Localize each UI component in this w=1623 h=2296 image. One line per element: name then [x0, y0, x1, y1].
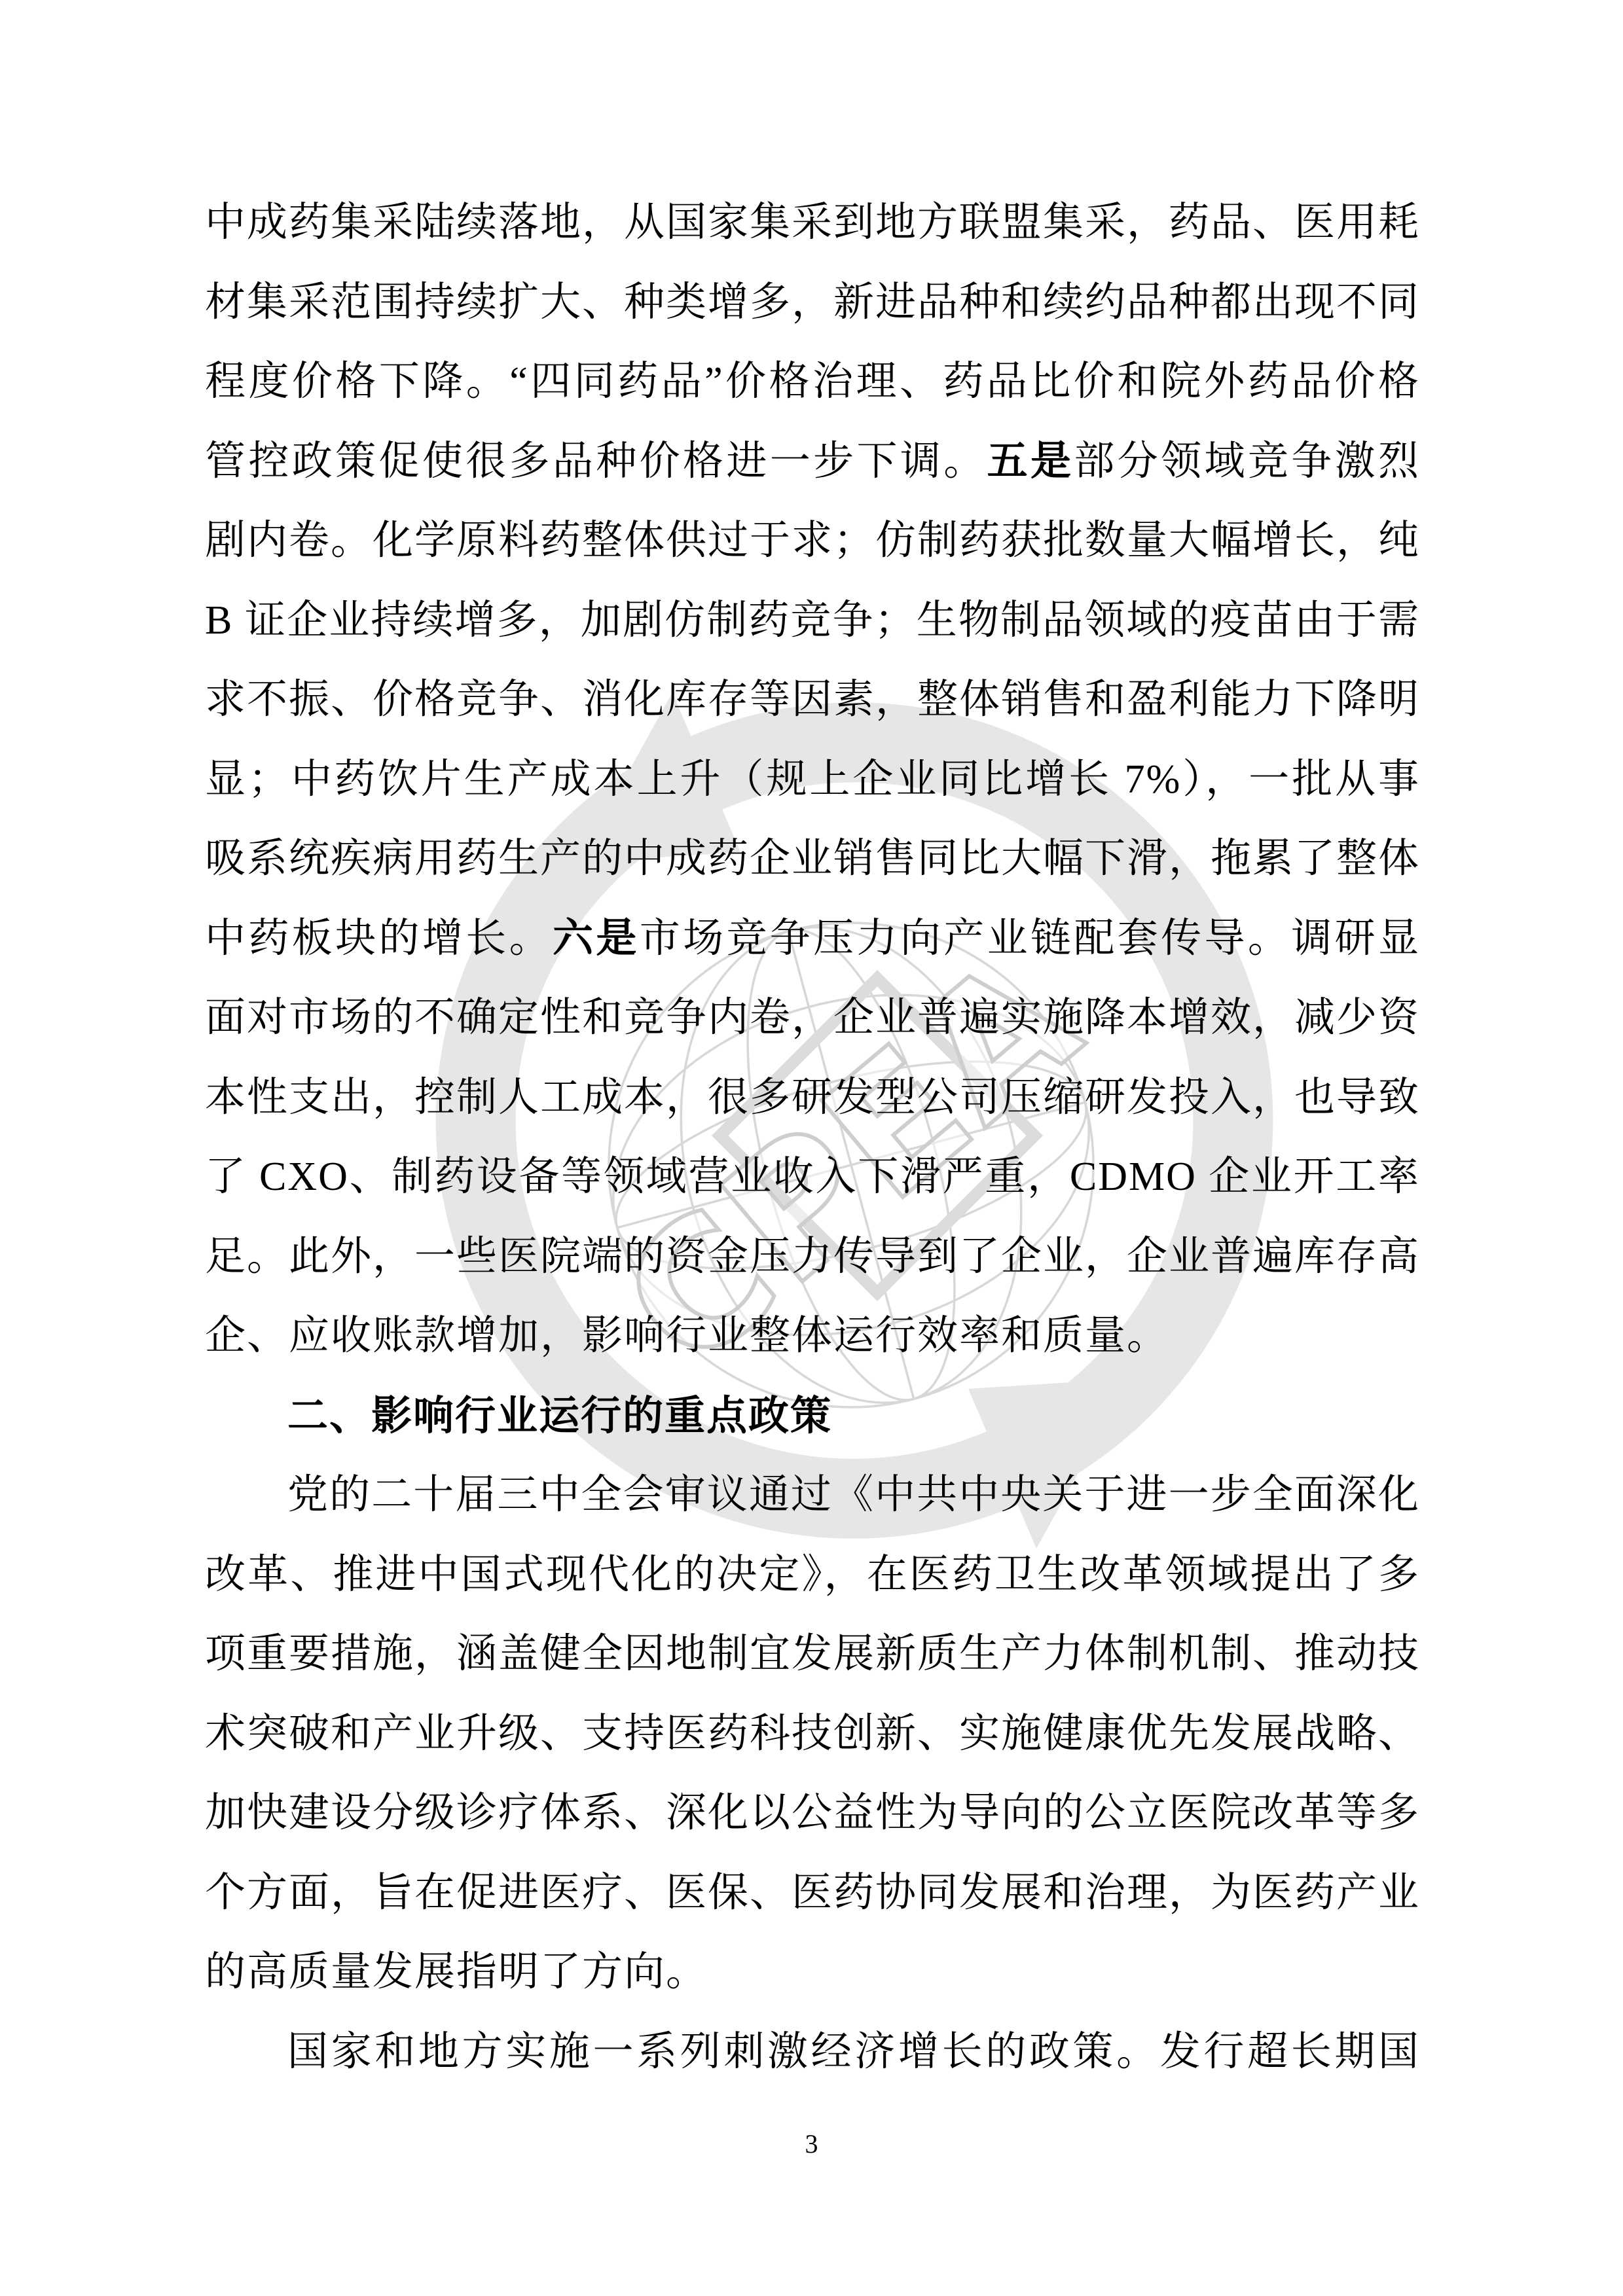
text-segment: 面对市场的不确定性和竞争内卷，企业普遍实施降本增效，减少资 [205, 996, 1420, 1040]
text-segment: 术突破和产业升级、支持医药科技创新、实施健康优先发展战略、 [205, 1712, 1420, 1756]
section-heading: 二、影响行业运行的重点政策 [205, 1376, 1420, 1456]
text-segment: 的高质量发展指明了方向。 [205, 1950, 708, 1994]
text-segment: 足。此外，一些医院端的资金压力传导到了企业，企业普遍库存高 [205, 1234, 1420, 1279]
text-line: 显；中药饮片生产成本上升（规上企业同比增长 7%），一批从事呼 [205, 740, 1420, 820]
text-line: 了 CXO、制药设备等领域营业收入下滑严重，CDMO 企业开工率不 [205, 1138, 1420, 1217]
text-segment: 二、影响行业运行的重点政策 [287, 1393, 832, 1439]
text-line: 中药板块的增长。六是市场竞争压力向产业链配套传导。调研显示， [205, 899, 1420, 979]
text-segment: 加快建设分级诊疗体系、深化以公益性为导向的公立医院改革等多 [205, 1791, 1420, 1835]
text-segment: B 证企业持续增多，加剧仿制药竞争；生物制品领域的疫苗由于需 [205, 598, 1420, 643]
document-page: { "page": { "number": "3" }, "watermark"… [0, 0, 1623, 2296]
text-line: 本性支出，控制人工成本，很多研发型公司压缩研发投入，也导致 [205, 1058, 1420, 1138]
text-segment: 显；中药饮片生产成本上升（规上企业同比增长 7%），一批从事呼 [205, 757, 1420, 820]
text-segment: 中成药集采陆续落地，从国家集采到地方联盟集采，药品、医用耗 [205, 200, 1420, 245]
page-number: 3 [0, 2128, 1623, 2160]
bold-text-segment: 六是 [553, 916, 640, 961]
text-line: B 证企业持续增多，加剧仿制药竞争；生物制品领域的疫苗由于需 [205, 581, 1420, 661]
text-segment: 党的二十届三中全会审议通过《中共中央关于进一步全面深化 [287, 1473, 1420, 1517]
text-line: 国家和地方实施一系列刺激经济增长的政策。发行超长期国债， [205, 2013, 1420, 2092]
text-line: 足。此外，一些医院端的资金压力传导到了企业，企业普遍库存高 [205, 1217, 1420, 1297]
text-line: 的高质量发展指明了方向。 [205, 1933, 1420, 2013]
text-segment: 企、应收账款增加，影响行业整体运行效率和质量。 [205, 1314, 1169, 1358]
text-segment: 程度价格下降。“四同药品”价格治理、药品比价和院外药品价格 [205, 359, 1420, 404]
text-segment: 改革、推进中国式现代化的决定》，在医药卫生改革领域提出了多 [205, 1552, 1420, 1597]
text-line: 求不振、价格竞争、消化库存等因素，整体销售和盈利能力下降明 [205, 660, 1420, 740]
text-line: 管控政策促使很多品种价格进一步下调。五是部分领域竞争激烈加 [205, 422, 1420, 502]
text-line: 企、应收账款增加，影响行业整体运行效率和质量。 [205, 1297, 1420, 1376]
text-segment: 剧内卷。化学原料药整体供过于求；仿制药获批数量大幅增长，纯 [205, 518, 1420, 563]
text-segment: 个方面，旨在促进医疗、医保、医药协同发展和治理，为医药产业 [205, 1871, 1420, 1915]
text-segment: 国家和地方实施一系列刺激经济增长的政策。发行超长期国债， [205, 2030, 1420, 2092]
text-line: 中成药集采陆续落地，从国家集采到地方联盟集采，药品、医用耗 [205, 183, 1420, 263]
text-line: 程度价格下降。“四同药品”价格治理、药品比价和院外药品价格 [205, 342, 1420, 422]
text-segment: 管控政策促使很多品种价格进一步下调。 [205, 439, 987, 484]
text-line: 加快建设分级诊疗体系、深化以公益性为导向的公立医院改革等多 [205, 1774, 1420, 1854]
text-line: 面对市场的不确定性和竞争内卷，企业普遍实施降本增效，减少资 [205, 978, 1420, 1058]
text-segment: 了 CXO、制药设备等领域营业收入下滑严重，CDMO 企业开工率不 [205, 1155, 1420, 1217]
text-segment: 吸系统疾病用药生产的中成药企业销售同比大幅下滑，拖累了整体 [205, 836, 1420, 881]
document-body: 中成药集采陆续落地，从国家集采到地方联盟集采，药品、医用耗材集采范围持续扩大、种… [205, 183, 1420, 2092]
text-segment: 本性支出，控制人工成本，很多研发型公司压缩研发投入，也导致 [205, 1075, 1420, 1120]
text-line: 剧内卷。化学原料药整体供过于求；仿制药获批数量大幅增长，纯 [205, 501, 1420, 581]
bold-text-segment: 五是 [987, 439, 1074, 484]
text-segment: 材集采范围持续扩大、种类增多，新进品种和续约品种都出现不同 [205, 280, 1420, 325]
text-line: 项重要措施，涵盖健全因地制宜发展新质生产力体制机制、推动技 [205, 1615, 1420, 1695]
text-segment: 中药板块的增长。 [205, 916, 553, 961]
text-segment: 项重要措施，涵盖健全因地制宜发展新质生产力体制机制、推动技 [205, 1632, 1420, 1676]
text-line: 党的二十届三中全会审议通过《中共中央关于进一步全面深化 [205, 1456, 1420, 1535]
text-line: 术突破和产业升级、支持医药科技创新、实施健康优先发展战略、 [205, 1695, 1420, 1774]
text-line: 吸系统疾病用药生产的中成药企业销售同比大幅下滑，拖累了整体 [205, 819, 1420, 899]
text-line: 材集采范围持续扩大、种类增多，新进品种和续约品种都出现不同 [205, 263, 1420, 343]
text-segment: 求不振、价格竞争、消化库存等因素，整体销售和盈利能力下降明 [205, 677, 1420, 722]
text-line: 改革、推进中国式现代化的决定》，在医药卫生改革领域提出了多 [205, 1535, 1420, 1615]
text-line: 个方面，旨在促进医疗、医保、医药协同发展和治理，为医药产业 [205, 1854, 1420, 1933]
